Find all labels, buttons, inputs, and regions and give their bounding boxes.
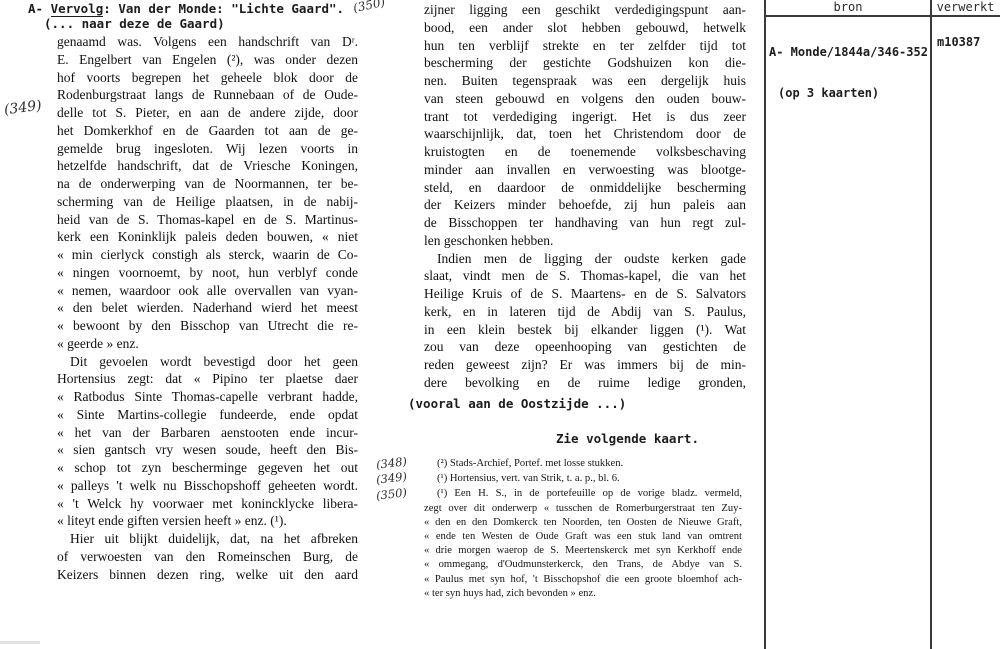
text-line: dere bevolking en de ruime ledige gronde… (424, 374, 746, 392)
text-line: steld, en daardoor de onmiddelijke besch… (424, 179, 746, 197)
text-line: waarschijnlijk, dat, toen het Christendo… (424, 125, 746, 143)
text-line: « den en den Domkerck ten Noorden, ten O… (424, 516, 742, 530)
text-line: kerk, en in lateren tijd de Abdij van S.… (424, 303, 746, 321)
text-line: hetzelfde handschrift, dat de Vriesche K… (57, 157, 358, 175)
text-line: Heilige Kruis of de S. Maartens- en de S… (424, 285, 746, 303)
table-header-bron: bron (766, 0, 930, 15)
text-line: « drie morgen waerop de S. Meertenskerck… (424, 544, 742, 558)
text-line: nen. Buiten tegenspraak was een dergelij… (424, 72, 746, 90)
text-line: bood, een ander slot hebben gebouwd, het… (424, 19, 746, 37)
footnote-margin-number-349: (349) (375, 469, 407, 487)
margin-number-349: (349) (3, 98, 42, 118)
footnote-margin-number-350: (350) (375, 485, 407, 503)
text-line: « schop tot zyn bescherminge gegeven het… (57, 459, 358, 477)
text-line: zou van deze opeenhooping van gestichten… (424, 338, 746, 356)
text-line: kruistogten en de toenemende volksbescha… (424, 143, 746, 161)
text-line: minder aan invallen en verwoesting was b… (424, 161, 746, 179)
text-line: Hortensius zegt: dat « Pipino ter plaets… (57, 370, 358, 388)
text-line: Hier uit blijkt duidelijk, dat, na het a… (57, 530, 358, 548)
text-line: « nemen, waardoor ook alle overvallen va… (57, 282, 358, 300)
typed-note-oostzijde: (vooral aan de Oostzijde ...) (408, 396, 626, 411)
text-line: len geschonken hebben. (424, 232, 746, 250)
text-line: hof voorts begrepen het geheele blok doo… (57, 69, 358, 87)
heading-prefix: A- (28, 1, 51, 16)
paragraph: genaamd was. Volgens een handschrift van… (57, 33, 358, 353)
text-line: scherming van de Heilige plaatsen, in de… (57, 193, 358, 211)
text-line: na de onderwerping van de Noormannen, te… (57, 175, 358, 193)
text-line: Dit gevoelen wordt bevestigd door het ge… (57, 353, 358, 371)
paragraph: (²) Stads-Archief, Portef. met losse stu… (424, 457, 742, 471)
text-line: Keizers binnen dezen ring, welke uit den… (57, 566, 358, 584)
text-line: of verwoesten van den Romeinschen Burg, … (57, 548, 358, 566)
text-line: zijner ligging een geschikt verdedigings… (424, 1, 746, 19)
body-column-1: genaamd was. Volgens een handschrift van… (57, 33, 358, 583)
heading-line-1: A- Vervolg: Van der Monde: "Lichte Gaard… (28, 1, 344, 16)
text-line: kerk een Koninklijk paleis deden bouwen,… (57, 228, 358, 246)
table-cell-bron: A- Monde/1844a/346-352 (op 3 kaarten) (769, 19, 928, 127)
text-line: « bewoont by den Bisschop van Utrecht di… (57, 317, 358, 335)
table-header-verwerkt: verwerkt (931, 0, 1000, 15)
paragraph: Indien men de ligging der oudste kerken … (424, 250, 746, 392)
text-line: (¹) Hortensius, vert. van Strik, t. a. p… (424, 472, 742, 486)
text-line: « Sinte Martins-collegie fundeerde, ende… (57, 406, 358, 424)
text-line: van steen gebouwd en volgens den ouden b… (424, 90, 746, 108)
text-line: (²) Stads-Archief, Portef. met losse stu… (424, 457, 742, 471)
heading-line-2: (... naar deze de Gaard) (44, 16, 344, 31)
bron-reference-line-1: A- Monde/1844a/346-352 (769, 46, 928, 60)
text-line: trant tot verdediging ingerigt. Het is d… (424, 108, 746, 126)
text-line: der Keizers minder behoefde, zij hun pal… (424, 196, 746, 214)
text-line: « min cierlyck constigh als sterck, waar… (57, 246, 358, 264)
text-line: bescherming der gestichte Godshuizen kon… (424, 54, 746, 72)
text-line: « ter syn huys had, zich bevonden » enz. (424, 587, 742, 601)
typed-heading: A- Vervolg: Van der Monde: "Lichte Gaard… (28, 1, 344, 31)
scanned-document-page: A- Vervolg: Van der Monde: "Lichte Gaard… (0, 0, 1000, 649)
bron-reference-line-2: (op 3 kaarten) (778, 87, 928, 101)
text-line: « ningen voornoemt, by noot, hun verblyf… (57, 264, 358, 282)
body-column-2: zijner ligging een geschikt verdedigings… (424, 1, 746, 392)
text-line: slaat, vindt men de S. Thomas-kapel, die… (424, 267, 746, 285)
text-line: « den belet wierden. Naderhand wierd het… (57, 299, 358, 317)
text-line: « sien gantsch vry wesen soude, heeft de… (57, 441, 358, 459)
text-line: genaamd was. Volgens een handschrift van… (57, 33, 358, 51)
heading-rest: : Van der Monde: "Lichte Gaard". (103, 1, 344, 16)
text-line: « liteyt ende giften versien heeft » enz… (57, 512, 358, 530)
paragraph: Hier uit blijkt duidelijk, dat, na het a… (57, 530, 358, 583)
paragraph: (¹) Hortensius, vert. van Strik, t. a. p… (424, 472, 742, 486)
text-line: gemelde brug ingesloten. Wij lezen voort… (57, 140, 358, 158)
text-line: « palleys 't welk nu Bisschopshoff gehee… (57, 477, 358, 495)
text-line: Rodenburgstraat langs de Runnebaan of de… (57, 86, 358, 104)
paragraph: Dit gevoelen wordt bevestigd door het ge… (57, 353, 358, 531)
table-column-divider (930, 0, 932, 649)
paragraph: (¹) Een H. S., in de portefeuille op de … (424, 487, 742, 601)
text-line: (¹) Een H. S., in de portefeuille op de … (424, 487, 742, 501)
text-line: « Paulus met syn hof, 't Bisschopshof di… (424, 573, 742, 587)
text-line: de Bisschoppen ter handhaving van hun re… (424, 214, 746, 232)
paragraph: zijner ligging een geschikt verdedigings… (424, 1, 746, 250)
text-line: « Ratbodus Sinte Thomas-capelle verbrant… (57, 388, 358, 406)
table-border-left (764, 0, 766, 649)
text-line: « geerde » enz. (57, 335, 358, 353)
text-line: hun ten verblijf strekte en ter zelfder … (424, 37, 746, 55)
scan-smudge (0, 641, 40, 644)
table-header-underline (764, 15, 1000, 17)
heading-underlined-word: Vervolg (51, 1, 104, 17)
text-line: het Domkerkhof en de Gaarden tot aan de … (57, 122, 358, 140)
text-line: « 't Welck hy voorwaer met konincklycke … (57, 495, 358, 513)
text-line: « het van der Barbaren aenstooten ende i… (57, 424, 358, 442)
text-line: Indien men de ligging der oudste kerken … (424, 250, 746, 268)
text-line: in een klein bestek bij elkander liggen … (424, 321, 746, 339)
text-line: « ommegang, d'Oudmunsterkerck, den Trans… (424, 558, 742, 572)
typed-note-zie-volgende-kaart: Zie volgende kaart. (556, 431, 699, 446)
footnotes-block: (²) Stads-Archief, Portef. met losse stu… (424, 457, 742, 602)
text-line: zegt over dit onderwerp « tusschen de Ro… (424, 502, 742, 516)
text-line: « ende ten Westen de Oude Graft was een … (424, 530, 742, 544)
text-line: reden geweest zijn? Er was immers bij de… (424, 356, 746, 374)
text-line: E. Engelbert van Engelen (²), was onder … (57, 51, 358, 69)
margin-number-350: (350) (352, 0, 386, 15)
text-line: heid van de S. Thomas-kapel en de S. Mar… (57, 211, 358, 229)
table-cell-verwerkt: m10387 (937, 36, 980, 50)
text-line: delle tot S. Pieter, en aan de andere zi… (57, 104, 358, 122)
